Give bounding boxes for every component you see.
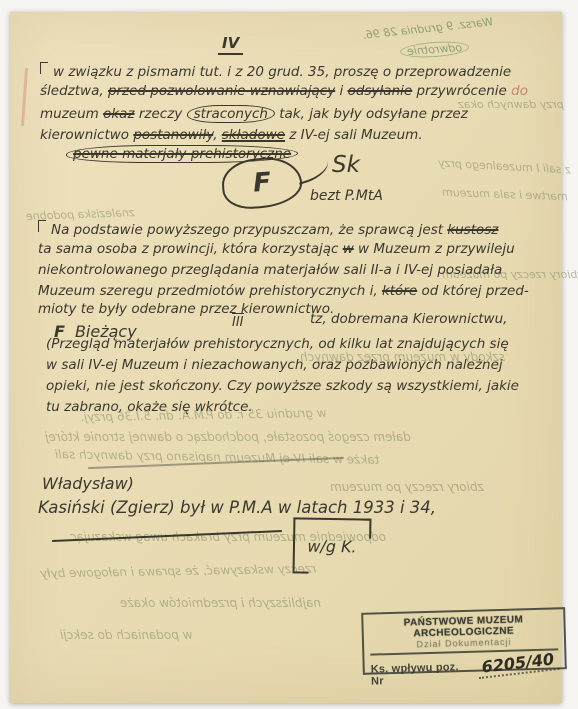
struck-text: w bbox=[343, 241, 354, 257]
paragraph-2-line-3: niekontrolowanego przeglądania materjałó… bbox=[38, 262, 502, 278]
bleedthrough-text: rzeczy wskazywać, że sprawa i nałogowe b… bbox=[40, 562, 317, 581]
text-segment: kierownictwo bbox=[40, 127, 133, 143]
bleedthrough-text: odwrotnie bbox=[400, 40, 470, 60]
bleedthrough-text: przy dawnych okaz bbox=[458, 98, 564, 111]
opening-bracket-mark bbox=[40, 62, 48, 74]
museum-accession-stamp: PAŃSTWOWE MUZEUM ARCHEOLOGICZNE Dział Do… bbox=[361, 607, 567, 675]
struck-underlined-text: składowe bbox=[222, 127, 285, 143]
stamp-register-label: Ks. wpływu poz. Nr bbox=[371, 661, 473, 688]
paragraph-1-line-1: w związku z pismami tut. i z 20 grud. 35… bbox=[40, 62, 511, 80]
stamp-accession-number: 6205/40 bbox=[477, 649, 560, 679]
text-segment: od której przed- bbox=[417, 283, 529, 299]
bleedthrough-text: Warsz. 9 grudnia 28 96. bbox=[362, 15, 494, 42]
manuscript-paper: Warsz. 9 grudnia 28 96. odwrotnie przy d… bbox=[10, 12, 562, 703]
paragraph-1-line-3: muzeum okaz rzeczy straconych tak, jak b… bbox=[40, 105, 468, 123]
paragraph-3-line-1: (Przegląd materjałów prehistorycznych, o… bbox=[46, 336, 509, 352]
balloon-tail-stroke bbox=[294, 157, 332, 185]
paragraph-2-line-4: Muzeum szeregu przedmiotów prehistoryczn… bbox=[38, 283, 529, 299]
red-pencil-text: do bbox=[511, 83, 528, 99]
bleedthrough-text: dałem czegoś pozostałe, podchodząc o daw… bbox=[45, 430, 411, 444]
text-segment: w związku z pismami tut. i z 20 grud. 35… bbox=[53, 64, 511, 80]
scanned-document-screenshot: Warsz. 9 grudnia 28 96. odwrotnie przy d… bbox=[0, 0, 578, 709]
text-segment: tak, jak były odsyłane przez bbox=[275, 106, 468, 122]
struck-text: przed pozwolowanie wznawiający bbox=[108, 83, 335, 99]
paragraph-2-closing-phrase: tz, dobremana Kierownictwu, bbox=[310, 311, 507, 327]
text-segment: w Muzeum z przywileju bbox=[354, 241, 515, 257]
page-heading: IV bbox=[218, 34, 243, 52]
paragraph-1-line-2: śledztwa, przed pozwolowanie wznawiający… bbox=[40, 83, 528, 99]
bleedthrough-text: martwe i sala muzeum bbox=[442, 186, 568, 203]
heading-numeral: IV bbox=[218, 34, 243, 55]
struck-text: odsyłanie bbox=[348, 83, 413, 99]
circled-f-annotation: F bbox=[220, 155, 303, 210]
text-segment: Na podstawie powyższego przypuszczam, że… bbox=[51, 222, 447, 238]
paragraph-3-line-2: w sali IV-ej Muzeum i niezachowanych, or… bbox=[46, 357, 503, 373]
annotation-letter-f: F bbox=[252, 167, 272, 198]
paragraph-2-line-2: ta sama osoba z prowincji, która korzyst… bbox=[38, 241, 515, 257]
opening-bracket-mark bbox=[38, 220, 46, 232]
text-segment: przywrócenie bbox=[412, 83, 511, 99]
text-segment: i bbox=[335, 83, 347, 99]
text-segment: muzeum bbox=[40, 106, 103, 122]
red-pencil-margin-mark bbox=[21, 68, 28, 126]
wg-k-text: w/g K. bbox=[307, 536, 357, 556]
wg-k-bracket: w/g K. bbox=[293, 517, 370, 572]
paragraph-2-line-5: mioty te były odebrane przez kierownictw… bbox=[38, 301, 334, 317]
paragraph-1-line-4: kierownictwo postanowiły, składowe z IV-… bbox=[40, 127, 423, 143]
bracket-hook-stroke bbox=[359, 518, 371, 538]
bleedthrough-text: zbiory rzeczy po muzeum bbox=[330, 480, 484, 494]
struck-text: okaz bbox=[103, 106, 134, 122]
bleedthrough-text: w podaniach do sekcji bbox=[60, 628, 193, 642]
overlined-numeral: III bbox=[232, 313, 244, 330]
bleedthrough-text: z sali I muzealnego przy bbox=[438, 157, 571, 177]
paragraph-2-line-1: Na podstawie powyższego przypuszczam, że… bbox=[38, 220, 498, 238]
annotation-bezt-pmta: bezt P.MtA bbox=[310, 188, 383, 204]
annotation-sk: Sk bbox=[332, 152, 360, 178]
bleedthrough-text: najbliższych i przedmiotów okaże bbox=[120, 596, 321, 610]
text-segment: śledztwa, bbox=[40, 83, 108, 99]
text-segment: z IV-ej sali Muzeum. bbox=[285, 127, 423, 143]
text-segment: rzeczy bbox=[135, 106, 187, 122]
circled-text: straconych bbox=[187, 105, 275, 123]
note-kasinski-line: Kasiński (Zgierz) był w P.M.A w latach 1… bbox=[38, 498, 436, 517]
struck-text: postanowiły bbox=[133, 127, 213, 143]
note-name-wladyslaw: Władysław) bbox=[42, 474, 134, 493]
struck-text: kustosz bbox=[447, 222, 498, 238]
paragraph-3-line-4: tu zabrano, okaże się wkrótce. bbox=[46, 399, 253, 415]
bracket-foot-stroke bbox=[292, 571, 308, 573]
paragraph-3-line-3: opieki, nie jest skończony. Czy powyższe… bbox=[46, 378, 519, 394]
text-segment: Muzeum szeregu przedmiotów prehistoryczn… bbox=[38, 283, 382, 299]
text-segment: , bbox=[213, 127, 222, 143]
struck-text: które bbox=[382, 283, 417, 299]
text-segment: ta sama osoba z prowincji, która korzyst… bbox=[38, 241, 343, 257]
section-numeral: III bbox=[232, 315, 244, 330]
